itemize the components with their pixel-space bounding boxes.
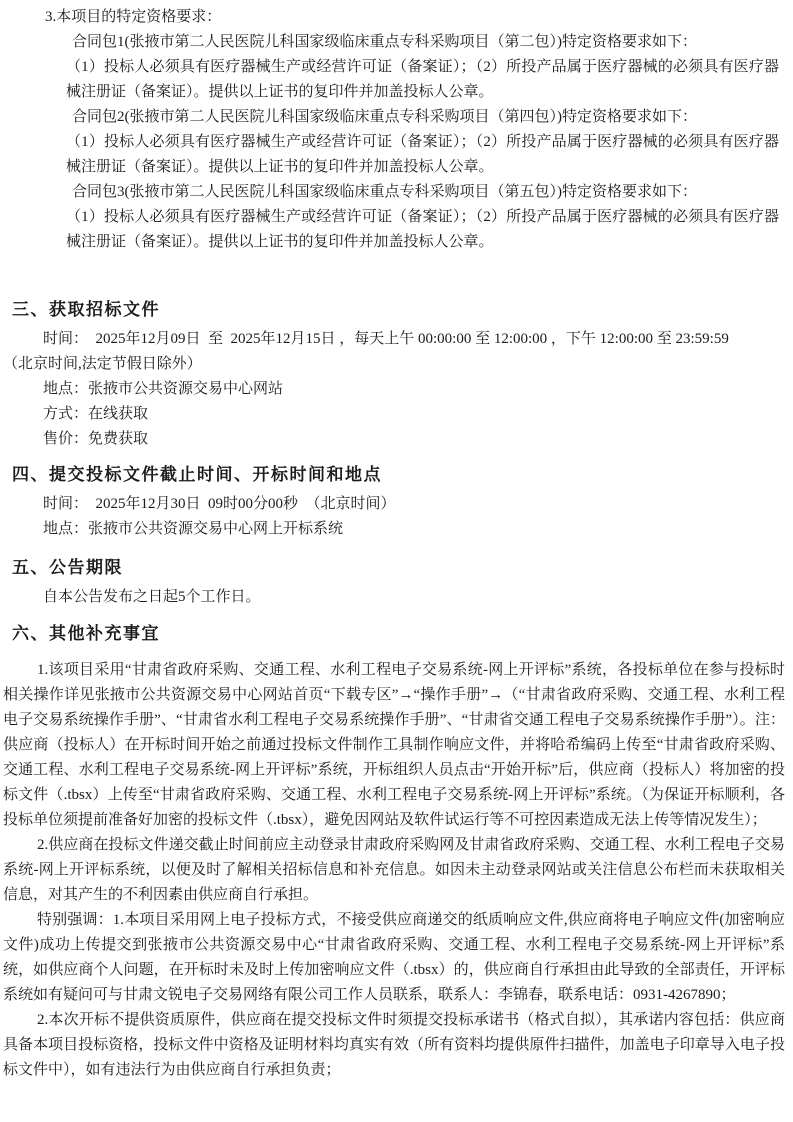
supplementary-paragraph: 1.该项目采用“甘肃省政府采购、交通工程、水利工程电子交易系统-网上开评标”系统… xyxy=(3,658,785,833)
qualification-heading: 3.本项目的特定资格要求： xyxy=(45,5,793,30)
obtain-price: 售价：免费获取 xyxy=(43,427,793,452)
package-title: 合同包1(张掖市第二人民医院儿科国家级临床重点专科采购项目（第二包）)特定资格要… xyxy=(66,30,793,55)
package-body: （1）投标人必须具有医疗器械生产或经营许可证（备案证）；（2）所投产品属于医疗器… xyxy=(66,55,779,105)
supplementary-heading: 六、其他补充事宜 xyxy=(12,621,793,647)
package-title: 合同包2(张掖市第二人民医院儿科国家级临床重点专科采购项目（第四包）)特定资格要… xyxy=(66,105,793,130)
section-supplementary: 六、其他补充事宜 1.该项目采用“甘肃省政府采购、交通工程、水利工程电子交易系统… xyxy=(0,621,793,1083)
obtain-time: 时间： 2025年12月09日 至 2025年12月15日 ，每天上午 00:0… xyxy=(3,327,785,377)
supplementary-paragraph: 2.供应商在投标文件递交截止时间前应主动登录甘肃政府采购网及甘肃省政府采购、交通… xyxy=(3,833,785,908)
package-body: （1）投标人必须具有医疗器械生产或经营许可证（备案证）；（2）所投产品属于医疗器… xyxy=(66,130,779,180)
obtain-time-note: （北京时间,法定节假日除外） xyxy=(3,352,785,377)
section-obtain-documents: 三、获取招标文件 时间： 2025年12月09日 至 2025年12月15日 ，… xyxy=(0,297,793,452)
deadline-location: 地点：张掖市公共资源交易中心网上开标系统 xyxy=(43,517,793,542)
supplementary-paragraph: 特别强调：1.本项目采用网上电子投标方式，不接受供应商递交的纸质响应文件,供应商… xyxy=(3,908,785,1008)
deadline-time: 时间： 2025年12月30日 09时00分00秒 （北京时间） xyxy=(43,492,793,517)
document-page: 3.本项目的特定资格要求： 合同包1(张掖市第二人民医院儿科国家级临床重点专科采… xyxy=(0,0,793,1122)
supplementary-paragraph: 2.本次开标不提供资质原件，供应商在提交投标文件时须提交投标承诺书（格式自拟），… xyxy=(3,1008,785,1083)
section-notice-period: 五、公告期限 自本公告发布之日起5个工作日。 xyxy=(0,555,793,610)
package-block: 合同包3(张掖市第二人民医院儿科国家级临床重点专科采购项目（第五包）)特定资格要… xyxy=(0,180,793,255)
package-body: （1）投标人必须具有医疗器械生产或经营许可证（备案证）；（2）所投产品属于医疗器… xyxy=(66,205,779,255)
section-deadline: 四、提交投标文件截止时间、开标时间和地点 时间： 2025年12月30日 09时… xyxy=(0,462,793,542)
section-deadline-heading: 四、提交投标文件截止时间、开标时间和地点 xyxy=(12,462,793,488)
supplementary-paragraphs: 1.该项目采用“甘肃省政府采购、交通工程、水利工程电子交易系统-网上开评标”系统… xyxy=(0,658,793,1083)
section-qualification: 3.本项目的特定资格要求： 合同包1(张掖市第二人民医院儿科国家级临床重点专科采… xyxy=(0,0,793,255)
obtain-method: 方式：在线获取 xyxy=(43,402,793,427)
obtain-time-value: 时间： 2025年12月09日 至 2025年12月15日 ，每天上午 00:0… xyxy=(3,327,785,352)
notice-period-body: 自本公告发布之日起5个工作日。 xyxy=(43,585,793,610)
package-block: 合同包2(张掖市第二人民医院儿科国家级临床重点专科采购项目（第四包）)特定资格要… xyxy=(0,105,793,180)
package-title: 合同包3(张掖市第二人民医院儿科国家级临床重点专科采购项目（第五包）)特定资格要… xyxy=(66,180,793,205)
notice-period-heading: 五、公告期限 xyxy=(12,555,793,581)
obtain-location: 地点：张掖市公共资源交易中心网站 xyxy=(43,377,793,402)
section-obtain-heading: 三、获取招标文件 xyxy=(12,297,793,323)
package-block: 合同包1(张掖市第二人民医院儿科国家级临床重点专科采购项目（第二包）)特定资格要… xyxy=(0,30,793,105)
